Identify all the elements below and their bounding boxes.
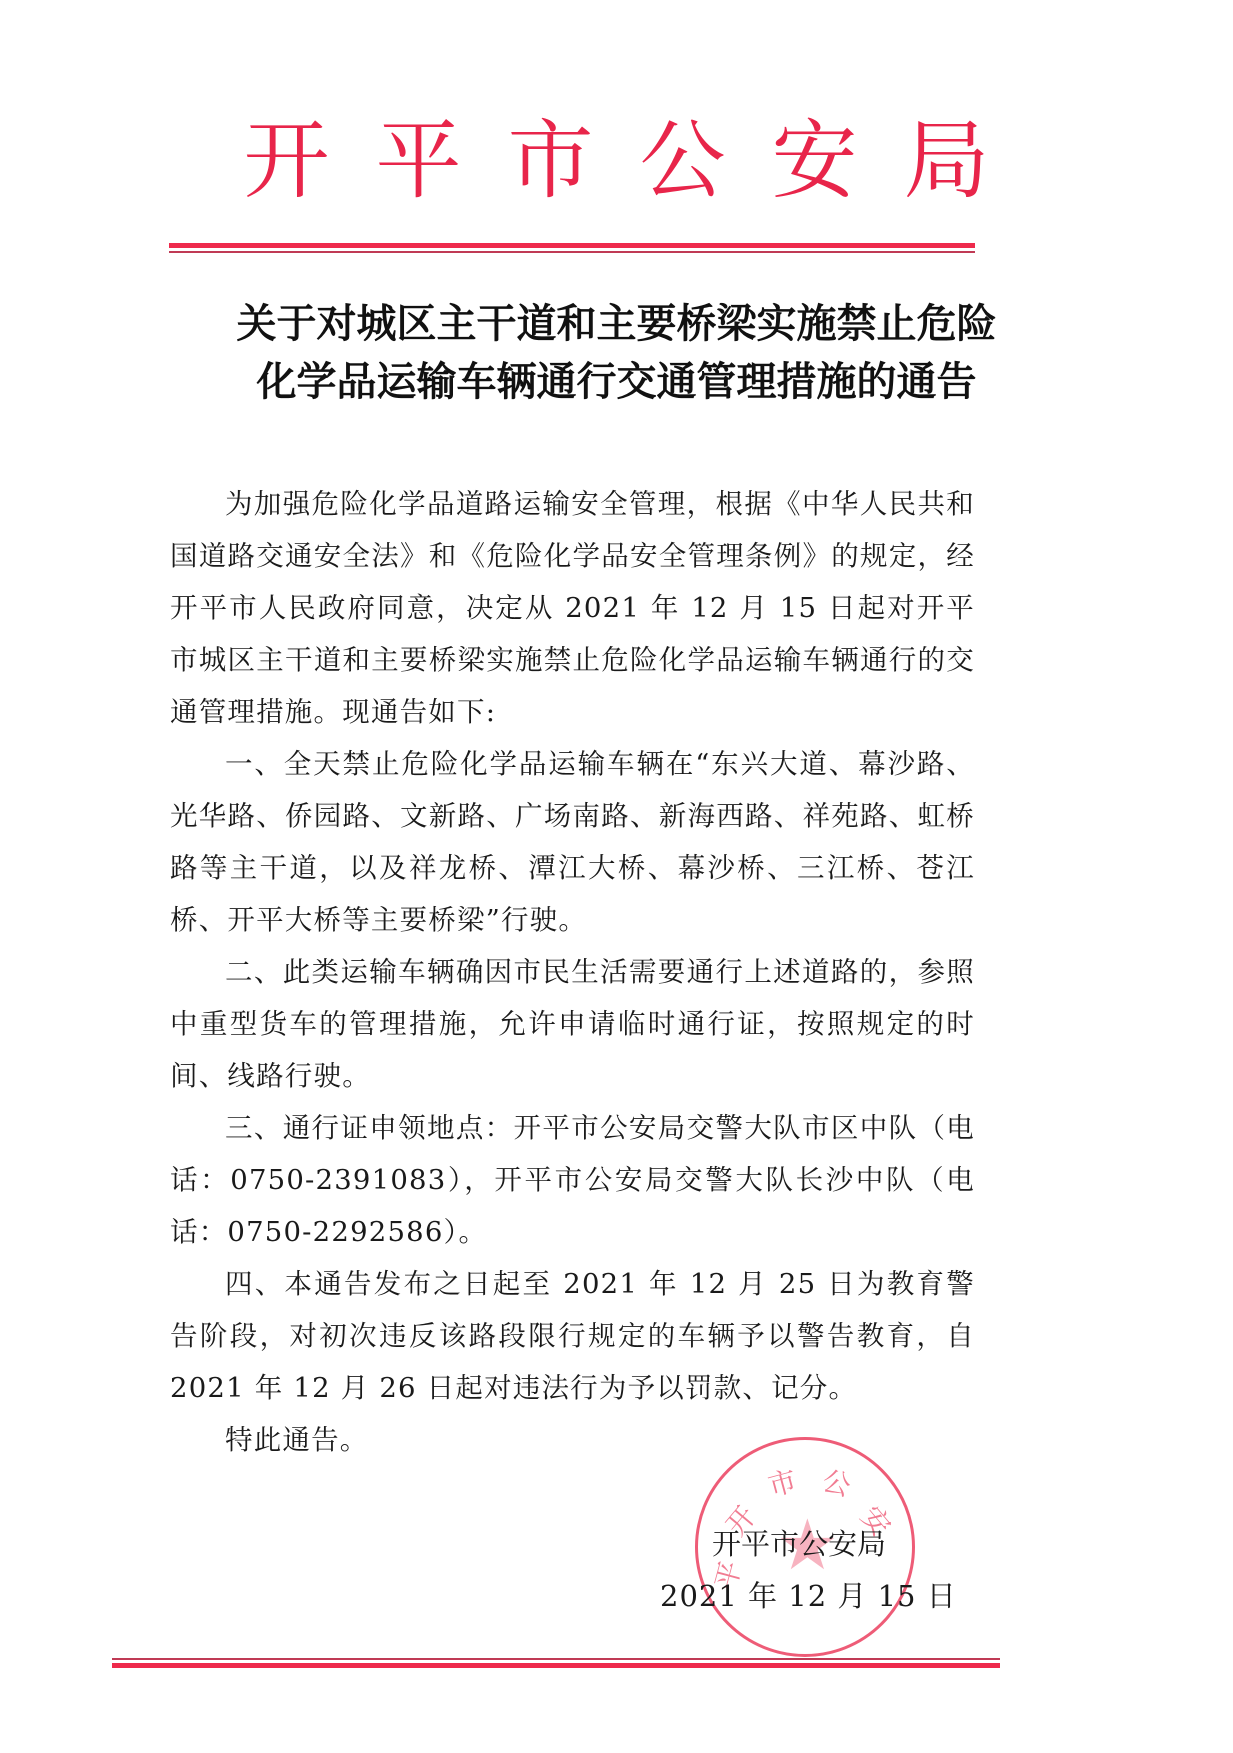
seal-char: 市 — [763, 1459, 800, 1505]
seal-char: 公 — [818, 1459, 855, 1505]
document-body: 为加强危险化学品道路运输安全管理，根据《中华人民共和国道路交通安全法》和《危险化… — [170, 478, 975, 1466]
paragraph-item-2: 二、此类运输车辆确因市民生活需要通行上述道路的，参照中重型货车的管理措施，允许申… — [170, 946, 975, 1102]
title-line-2: 化学品运输车辆通行交通管理措施的通告 — [0, 353, 1233, 411]
footer-rule-thin — [112, 1658, 1000, 1660]
title-line-1: 关于对城区主干道和主要桥梁实施禁止危险 — [0, 295, 1233, 353]
signature-org: 开平市公安局 — [660, 1518, 960, 1570]
signature-block: 开平市公安局 2021 年 12 月 15 日 — [660, 1518, 960, 1622]
signature-date: 2021 年 12 月 15 日 — [660, 1570, 960, 1622]
paragraph-item-1: 一、全天禁止危险化学品运输车辆在“东兴大道、幕沙路、光华路、侨园路、文新路、广场… — [170, 738, 975, 946]
footer-rule-thick — [112, 1663, 1000, 1668]
paragraph-item-4: 四、本通告发布之日起至 2021 年 12 月 25 日为教育警告阶段，对初次违… — [170, 1258, 975, 1414]
document-title: 关于对城区主干道和主要桥梁实施禁止危险 化学品运输车辆通行交通管理措施的通告 — [0, 295, 1233, 411]
header-rule-thin — [169, 251, 975, 253]
paragraph-item-3: 三、通行证申领地点：开平市公安局交警大队市区中队（电话：0750-2391083… — [170, 1102, 975, 1258]
paragraph-intro: 为加强危险化学品道路运输安全管理，根据《中华人民共和国道路交通安全法》和《危险化… — [170, 478, 975, 738]
masthead-org-name: 开平市公安局 — [0, 118, 1233, 204]
header-rule-thick — [169, 243, 975, 248]
